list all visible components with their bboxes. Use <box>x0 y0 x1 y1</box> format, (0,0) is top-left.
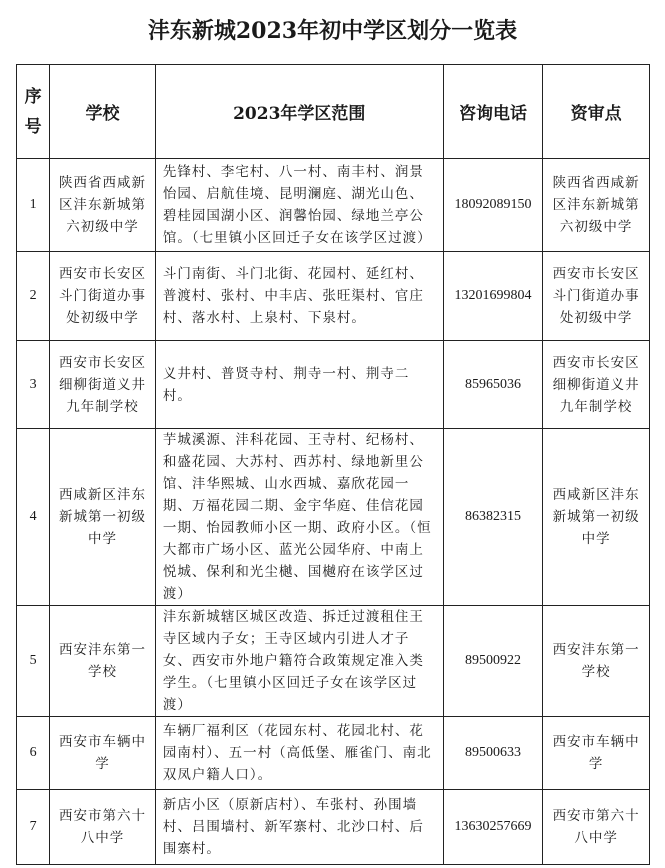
table-row: 7 西安市第六十八中学 新店小区（原新店村）、车张村、孙围墙村、吕围墙村、新军寨… <box>17 790 650 865</box>
row-no: 4 <box>17 429 50 606</box>
row-school: 西安市第六十八中学 <box>50 790 156 865</box>
table-row: 1 陕西省西咸新区沣东新城第六初级中学 先锋村、李宅村、八一村、南丰村、润景怡园… <box>17 159 650 252</box>
header-school: 学校 <box>50 65 156 159</box>
table-row: 6 西安市车辆中学 车辆厂福利区（花园东村、花园北村、花园南村）、五一村（高低堡… <box>17 717 650 790</box>
school-district-table: 序号 学校 2023年学区范围 咨询电话 资审点 1 陕西省西咸新区沣东新城第六… <box>16 64 650 865</box>
row-no: 5 <box>17 606 50 717</box>
row-school: 西安市长安区斗门街道办事处初级中学 <box>50 252 156 341</box>
table-row: 3 西安市长安区细柳街道义井九年制学校 义井村、普贤寺村、荆寺一村、荆寺二村。 … <box>17 341 650 429</box>
row-review: 西安沣东第一学校 <box>543 606 650 717</box>
row-review: 西安市长安区细柳街道义井九年制学校 <box>543 341 650 429</box>
row-review: 西安市长安区斗门街道办事处初级中学 <box>543 252 650 341</box>
row-school: 西安市长安区细柳街道义井九年制学校 <box>50 341 156 429</box>
row-range: 斗门南街、斗门北街、花园村、延红村、普渡村、张村、中丰店、张旺渠村、官庄村、落水… <box>155 252 443 341</box>
row-school: 陕西省西咸新区沣东新城第六初级中学 <box>50 159 156 252</box>
table-row: 5 西安沣东第一学校 沣东新城辖区城区改造、拆迁过渡租住王寺区域内子女；王寺区域… <box>17 606 650 717</box>
row-range: 先锋村、李宅村、八一村、南丰村、润景怡园、启航佳境、昆明澜庭、湖光山色、碧桂园国… <box>155 159 443 252</box>
row-range: 沣东新城辖区城区改造、拆迁过渡租住王寺区域内子女；王寺区域内引进人才子女、西安市… <box>155 606 443 717</box>
row-school: 西安沣东第一学校 <box>50 606 156 717</box>
row-no: 7 <box>17 790 50 865</box>
row-range: 新店小区（原新店村）、车张村、孙围墙村、吕围墙村、新军寨村、北沙口村、后围寨村。 <box>155 790 443 865</box>
table-header-row: 序号 学校 2023年学区范围 咨询电话 资审点 <box>17 65 650 159</box>
row-no: 1 <box>17 159 50 252</box>
row-review: 西安市车辆中学 <box>543 717 650 790</box>
row-phone: 13630257669 <box>443 790 543 865</box>
row-no: 6 <box>17 717 50 790</box>
row-review: 陕西省西咸新区沣东新城第六初级中学 <box>543 159 650 252</box>
row-no: 2 <box>17 252 50 341</box>
row-range: 车辆厂福利区（花园东村、花园北村、花园南村）、五一村（高低堡、雁雀门、南北双凤户… <box>155 717 443 790</box>
row-no: 3 <box>17 341 50 429</box>
row-phone: 18092089150 <box>443 159 543 252</box>
row-review: 西安市第六十八中学 <box>543 790 650 865</box>
page-title: 沣东新城2023年初中学区划分一览表 <box>0 14 665 45</box>
header-range: 2023年学区范围 <box>155 65 443 159</box>
row-phone: 85965036 <box>443 341 543 429</box>
table-row: 2 西安市长安区斗门街道办事处初级中学 斗门南街、斗门北街、花园村、延红村、普渡… <box>17 252 650 341</box>
row-school: 西咸新区沣东新城第一初级中学 <box>50 429 156 606</box>
header-no: 序号 <box>17 65 50 159</box>
row-range: 芋城溪源、沣科花园、王寺村、纪杨村、和盛花园、大苏村、西苏村、绿地新里公馆、沣华… <box>155 429 443 606</box>
table-row: 4 西咸新区沣东新城第一初级中学 芋城溪源、沣科花园、王寺村、纪杨村、和盛花园、… <box>17 429 650 606</box>
row-phone: 89500922 <box>443 606 543 717</box>
row-review: 西咸新区沣东新城第一初级中学 <box>543 429 650 606</box>
row-phone: 89500633 <box>443 717 543 790</box>
row-phone: 86382315 <box>443 429 543 606</box>
header-phone: 咨询电话 <box>443 65 543 159</box>
row-phone: 13201699804 <box>443 252 543 341</box>
header-review: 资审点 <box>543 65 650 159</box>
row-range: 义井村、普贤寺村、荆寺一村、荆寺二村。 <box>155 341 443 429</box>
row-school: 西安市车辆中学 <box>50 717 156 790</box>
